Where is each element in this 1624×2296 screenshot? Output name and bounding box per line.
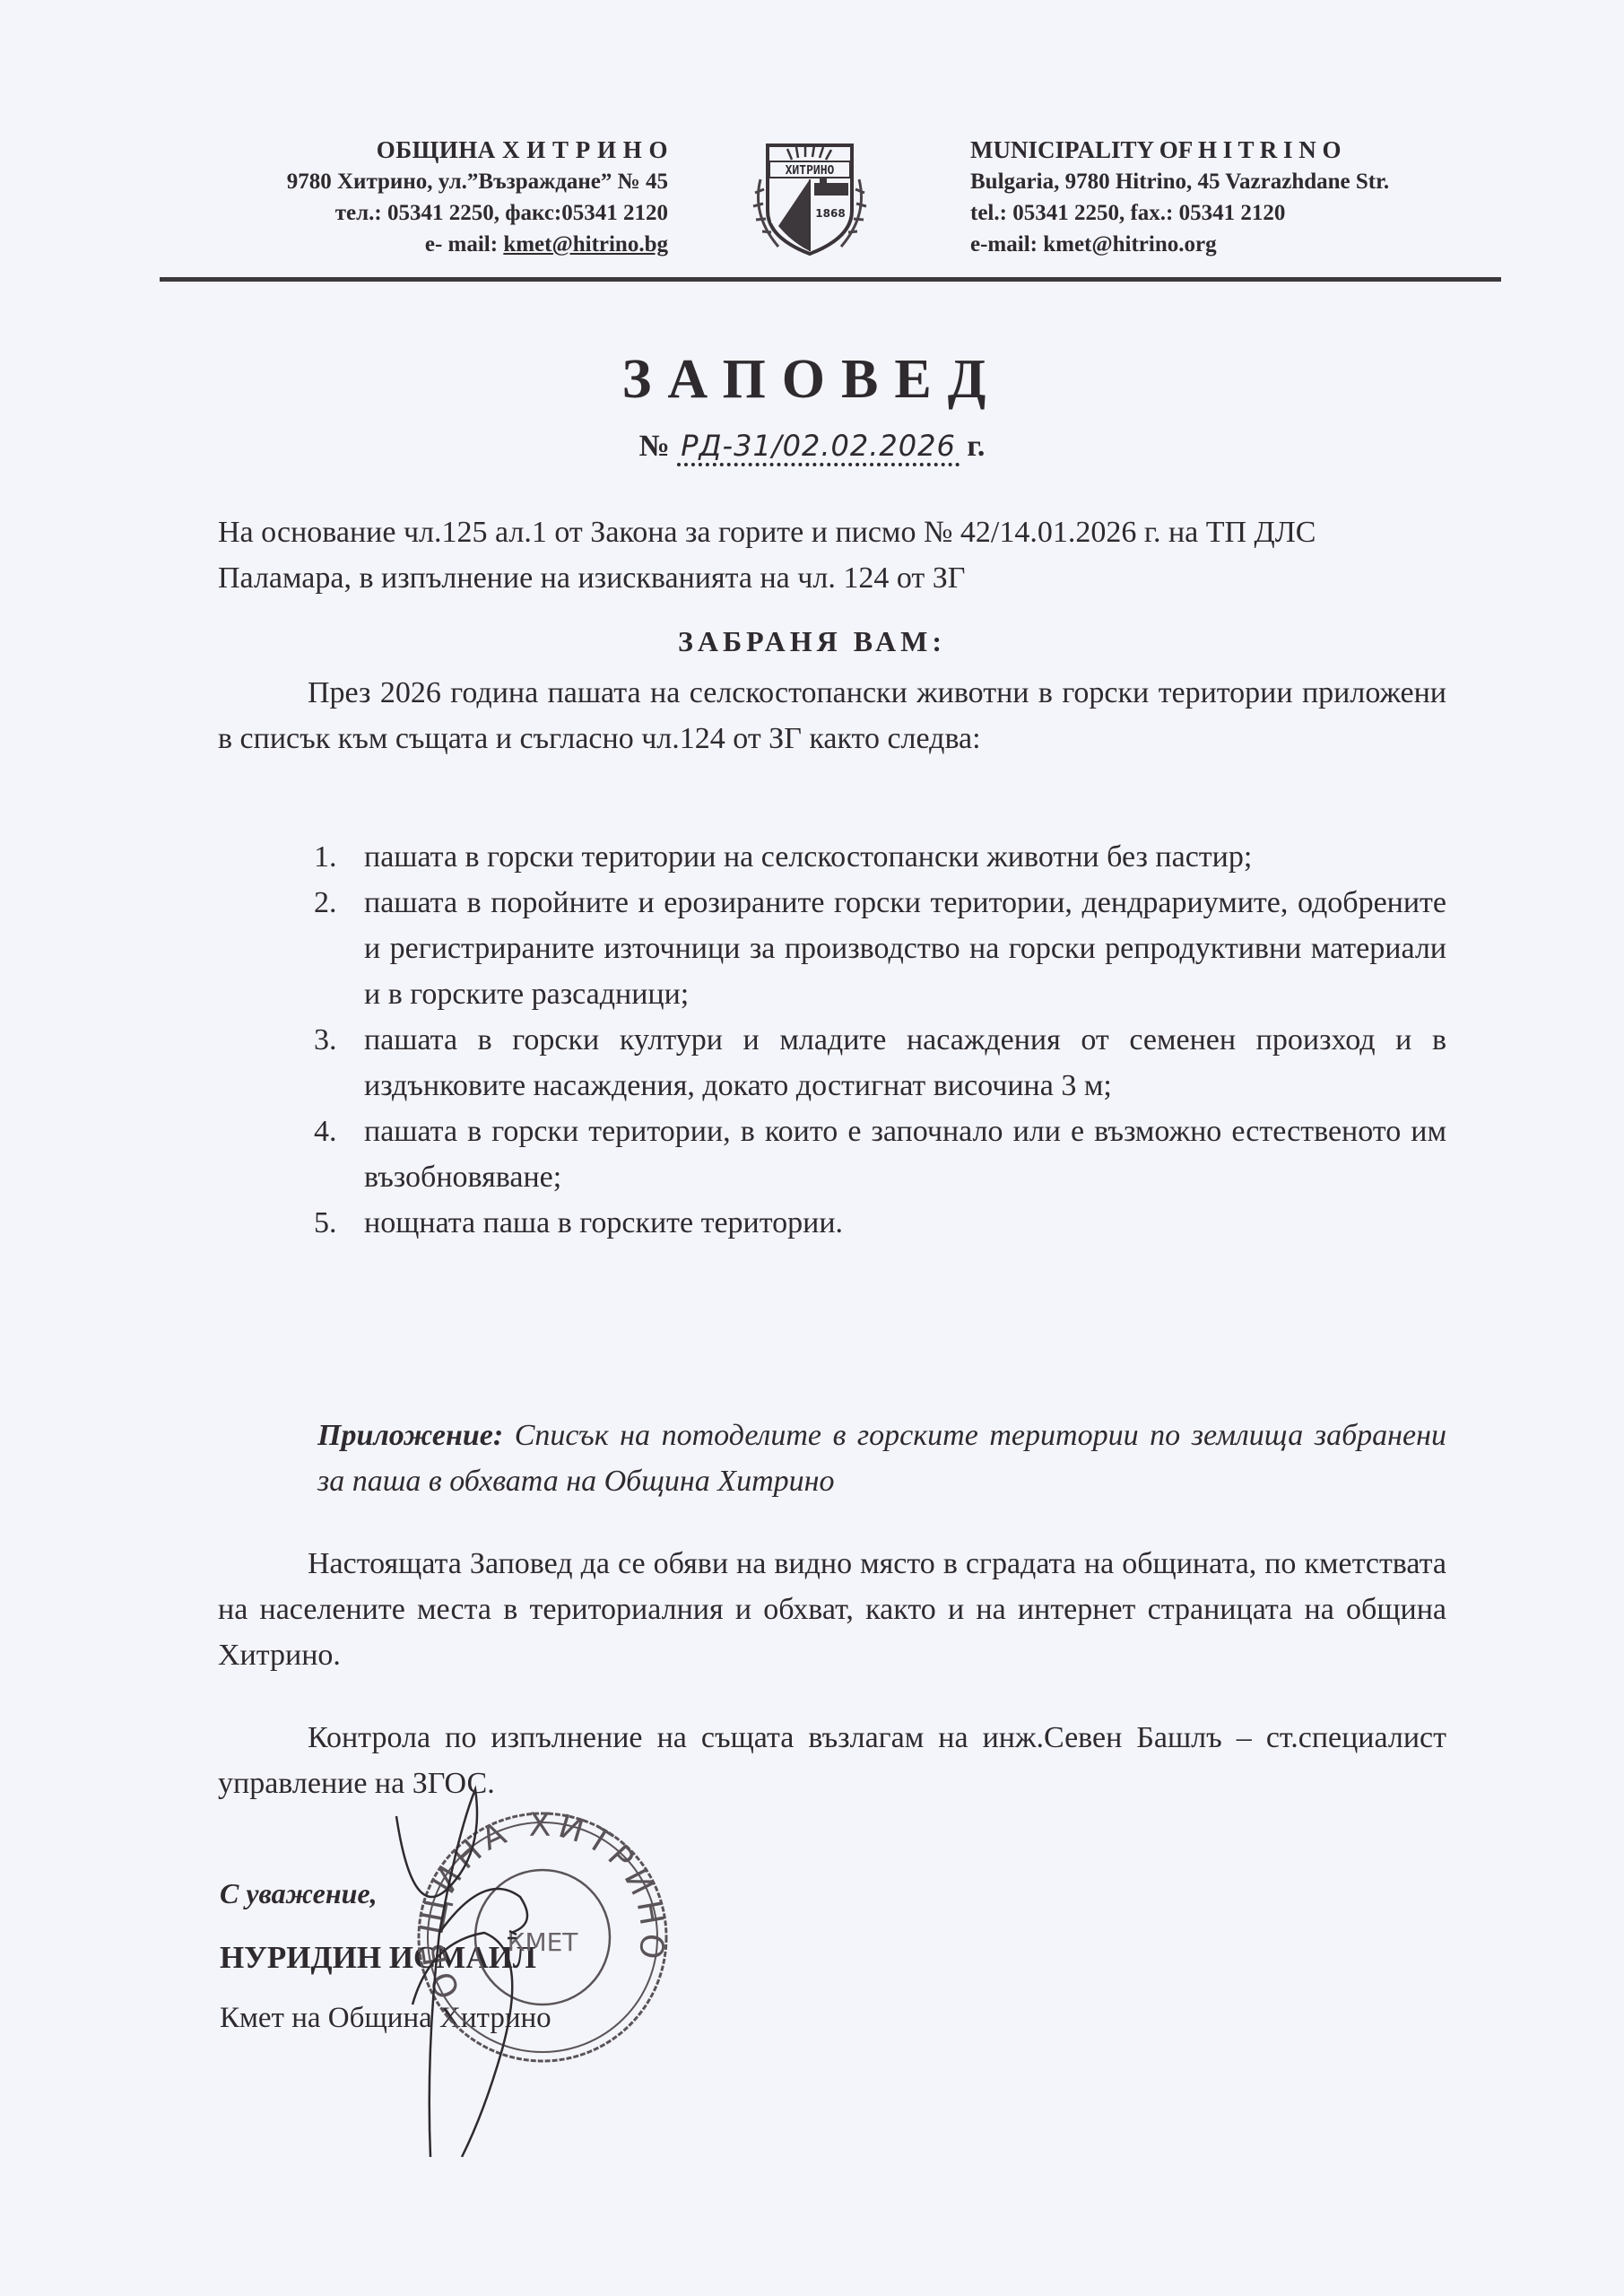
email-en: e-mail: kmet@hitrino.org [970, 229, 1598, 260]
number-prefix: № [639, 430, 670, 463]
announcement-paragraph: Настоящата Заповед да се обяви на видно … [218, 1541, 1446, 1678]
phone-en: tel.: 05341 2250, fax.: 05341 2120 [970, 197, 1598, 229]
document-number: № РД-31/02.02.2026 г. [0, 429, 1624, 464]
appendix-paragraph: Приложение: Списък на потоделите в горск… [317, 1413, 1446, 1504]
email-link-bg[interactable]: kmet@hitrino.bg [503, 232, 668, 257]
legal-basis-paragraph: На основание чл.125 ал.1 от Закона за го… [218, 509, 1446, 601]
list-item: 1.пашата в горски територии на селскосто… [296, 834, 1446, 880]
municipality-name-bg: ОБЩИНА Х И Т Р И Н О [135, 135, 668, 166]
handwritten-signature-icon [377, 1780, 592, 2157]
prohibitions-list: 1.пашата в горски територии на селскосто… [296, 834, 1446, 1246]
list-item: 4.пашата в горски територии, в които е з… [296, 1109, 1446, 1200]
address-en: Bulgaria, 9780 Hitrino, 45 Vazrazhdane S… [970, 166, 1598, 197]
svg-text:ХИТРИНО: ХИТРИНО [786, 164, 835, 178]
municipality-crest-icon: ХИТРИНО 1868 [743, 126, 877, 260]
email-label: e- mail: [425, 232, 503, 257]
list-item: 2.пашата в поройните и ерозираните горск… [296, 880, 1446, 1017]
header-divider [160, 277, 1501, 282]
address-bg: 9780 Хитрино, ул.”Възраждане” № 45 [135, 166, 668, 197]
appendix-label: Приложение: [317, 1419, 503, 1452]
list-item: 5.нощната паша в горските територии. [296, 1200, 1446, 1246]
phone-bg: тел.: 05341 2250, факс:05341 2120 [135, 197, 668, 229]
intro-paragraph: През 2026 година пашата на селскостопанс… [218, 670, 1446, 761]
number-suffix: г. [967, 430, 985, 463]
header-bulgarian: ОБЩИНА Х И Т Р И Н О 9780 Хитрино, ул.”В… [135, 135, 668, 260]
svg-text:1868: 1868 [815, 207, 845, 220]
document-title: ЗАПОВЕД [0, 348, 1624, 412]
closing-regards: С уважение, [220, 1877, 378, 1910]
forbid-heading: ЗАБРАНЯ ВАМ: [0, 625, 1624, 658]
list-item: 3.пашата в горски култури и младите наса… [296, 1017, 1446, 1109]
handwritten-number: РД-31/02.02.2026 [677, 429, 960, 466]
email-bg-line: e- mail: kmet@hitrino.bg [135, 229, 668, 260]
header-english: MUNICIPALITY OF H I T R I N O Bulgaria, … [970, 135, 1598, 260]
municipality-name-en: MUNICIPALITY OF H I T R I N O [970, 135, 1598, 166]
